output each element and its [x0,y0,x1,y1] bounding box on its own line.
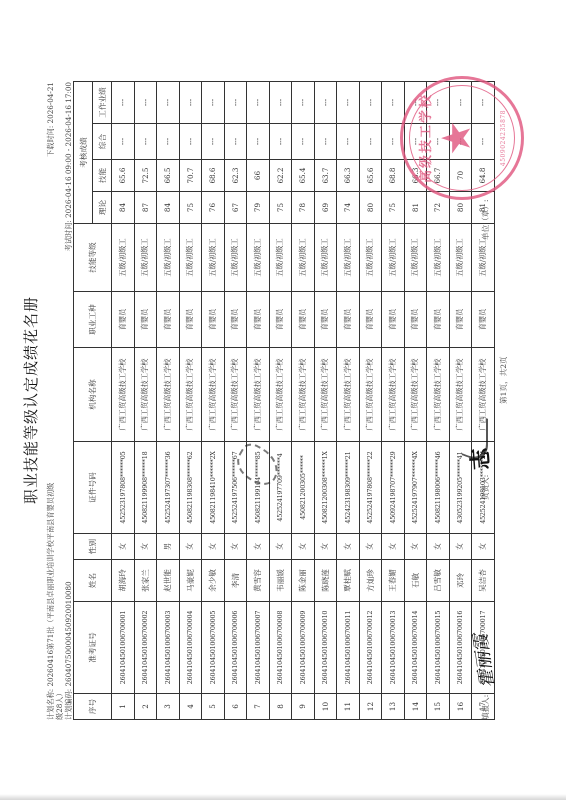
table-row: 62604104501006700006李清女452524197506*****… [224,82,247,720]
header-gender: 性别 [74,534,112,560]
header-work-performance: 工作业绩 [93,82,112,124]
cell-name: 邓玲 [449,560,472,602]
scan-edge-shadow [0,794,566,800]
responsible-label: 负责人: [480,475,491,500]
cell-id-number: 450821198410******2X [202,442,225,534]
cell-gender: 女 [292,534,315,560]
cell-skill: 68.8 [382,160,405,192]
cell-theory: 75 [382,192,405,224]
table-row: 132604104501006700013王春媚女450924198707***… [382,82,405,720]
cell-skill-level: 五级/初级工 [269,224,292,292]
cell-name: 胡海玲 [112,560,135,602]
cell-skill: 66 [247,160,270,192]
cell-occupation: 育婴员 [314,292,337,348]
cell-ticket: 2604104501006700012 [359,602,382,694]
table-row: 52604104501006700005余少敏女450821198410****… [202,82,225,720]
cell-ticket: 2604104501006700009 [292,602,315,694]
cell-theory: 79 [247,192,270,224]
cell-ticket: 2604104501006700013 [382,602,405,694]
cell-name: 覃桂赋 [337,560,360,602]
cell-seq: 2 [134,694,157,720]
cell-occupation: 育婴员 [382,292,405,348]
cell-name: 陈金丽 [292,560,315,602]
cell-skill-level: 五级/初级工 [112,224,135,292]
cell-theory: 69 [314,192,337,224]
cell-gender: 女 [359,534,382,560]
cell-name: 陈晓莲 [314,560,337,602]
cell-theory: 87 [134,192,157,224]
cell-ticket: 2604104501006700002 [134,602,157,694]
cell-institution: 广西工贸高级技工学校 [404,348,427,442]
cell-work-performance: --- [179,82,202,124]
cell-seq: 1 [112,694,135,720]
header-id-number: 证件号码 [74,442,112,534]
header-comprehensive: 综合 [93,124,112,160]
cell-occupation: 育婴员 [157,292,180,348]
download-time: 下载时间: 2026-04-21 [46,82,56,157]
cell-comprehensive: --- [202,124,225,160]
cell-ticket: 2604104501006700010 [314,602,337,694]
table-row: 32604104501006700003赵世能男452524197307****… [157,82,180,720]
seal-code: 4509024235878 [500,79,507,197]
cell-skill: 68.6 [202,160,225,192]
cell-skill: 66.5 [157,160,180,192]
cell-id-number: 452524197808******22 [359,442,382,534]
cell-institution: 广西工贸高级技工学校 [134,348,157,442]
official-seal: 高级技工学校 ★ 4509024235878 [400,76,524,200]
cell-seq: 7 [247,694,270,720]
cell-work-performance: --- [269,82,292,124]
cell-gender: 女 [404,534,427,560]
seal-text: 高级技工学校 [415,79,434,197]
cell-ticket: 2604104501006700004 [179,602,202,694]
cell-gender: 女 [449,534,472,560]
cell-name: 张家兰 [134,560,157,602]
cell-gender: 女 [247,534,270,560]
cell-skill: 70.7 [179,160,202,192]
cell-skill: 65.6 [359,160,382,192]
table-row: 122604104501006700012方灿珍女452524197808***… [359,82,382,720]
page-info: 第1页，共2页 [498,356,509,404]
cell-id-number: 452524197307******36 [157,442,180,534]
cell-ticket: 2604104501006700006 [224,602,247,694]
star-icon: ★ [437,79,477,197]
cell-skill: 65.4 [292,160,315,192]
table-row: 42604104501006700004马豪妮女450821198308****… [179,82,202,720]
cell-skill-level: 五级/初级工 [292,224,315,292]
cell-institution: 广西工贸高级技工学校 [382,348,405,442]
cell-comprehensive: --- [337,124,360,160]
cell-occupation: 育婴员 [472,292,495,348]
cell-institution: 广西工贸高级技工学校 [202,348,225,442]
cell-seq: 9 [292,694,315,720]
cell-skill: 62.3 [224,160,247,192]
table-row: 72604104501006700007黄雪容女450821199104****… [247,82,270,720]
cell-seq: 13 [382,694,405,720]
cell-ticket: 2604104501006700008 [269,602,292,694]
cell-name: 吕雪敏 [427,560,450,602]
cell-seq: 6 [224,694,247,720]
cell-comprehensive: --- [224,124,247,160]
header-scores-group: 考核成绩 [74,82,93,224]
cell-occupation: 育婴员 [359,292,382,348]
cell-skill-level: 五级/初级工 [247,224,270,292]
cell-id-number: 452423198309******21 [337,442,360,534]
cell-occupation: 育婴员 [224,292,247,348]
cell-skill-level: 五级/初级工 [179,224,202,292]
cell-seq: 8 [269,694,292,720]
cell-gender: 女 [472,534,495,560]
filler-label: 填报人: [480,695,491,720]
unit-seal-label: 单位（章）: [480,199,491,240]
cell-id-number: 450821199908******18 [134,442,157,534]
cell-seq: 14 [404,694,427,720]
cell-ticket: 2604104501006700015 [427,602,450,694]
cell-theory: 67 [224,192,247,224]
cell-skill-level: 五级/初级工 [449,224,472,292]
cell-skill-level: 五级/初级工 [314,224,337,292]
cell-skill-level: 五级/初级工 [224,224,247,292]
cell-gender: 男 [157,534,180,560]
cell-institution: 广西工贸高级技工学校 [247,348,270,442]
cell-gender: 女 [314,534,337,560]
header-name: 姓名 [74,560,112,602]
cell-theory: 84 [112,192,135,224]
cell-work-performance: --- [202,82,225,124]
cell-occupation: 育婴员 [179,292,202,348]
cell-name: 韦丽媛 [269,560,292,602]
cell-work-performance: --- [337,82,360,124]
cell-skill: 62.2 [269,160,292,192]
cell-institution: 广西工贸高级技工学校 [112,348,135,442]
cell-institution: 广西工贸高级技工学校 [337,348,360,442]
cell-skill-level: 五级/初级工 [427,224,450,292]
cell-institution: 广西工贸高级技工学校 [269,348,292,442]
cell-skill: 65.6 [112,160,135,192]
cell-skill-level: 五级/初级工 [202,224,225,292]
cell-work-performance: --- [112,82,135,124]
cell-institution: 广西工贸高级技工学校 [224,348,247,442]
cell-ticket: 2604104501006700003 [157,602,180,694]
cell-ticket: 2604104501006700001 [112,602,135,694]
cell-institution: 广西工贸高级技工学校 [292,348,315,442]
cell-seq: 4 [179,694,202,720]
cell-comprehensive: --- [359,124,382,160]
cell-skill-level: 五级/初级工 [404,224,427,292]
cell-work-performance: --- [359,82,382,124]
cell-name: 李清 [224,560,247,602]
cell-institution: 广西工贸高级技工学校 [427,348,450,442]
cell-institution: 广西工贸高级技工学校 [359,348,382,442]
table-row: 112604104501006700011覃桂赋女452423198309***… [337,82,360,720]
roster-document: 职业技能等级认定成绩花名册 计划名称: 20260416第71批（平南县卓丽职业… [0,0,566,800]
header-theory: 理论 [93,192,112,224]
cell-seq: 10 [314,694,337,720]
cell-gender: 女 [337,534,360,560]
cell-comprehensive: --- [247,124,270,160]
cell-seq: 3 [157,694,180,720]
cell-id-number: 450821198006******46 [427,442,450,534]
cell-comprehensive: --- [157,124,180,160]
cell-name: 石敏 [404,560,427,602]
cell-institution: 广西工贸高级技工学校 [157,348,180,442]
cell-name: 吴洁杏 [472,560,495,602]
cell-theory: 78 [292,192,315,224]
cell-comprehensive: --- [314,124,337,160]
cell-occupation: 育婴员 [112,292,135,348]
cell-theory: 76 [202,192,225,224]
cell-work-performance: --- [314,82,337,124]
header-occupation: 职业工种 [74,292,112,348]
header-institution: 机构名称 [74,348,112,442]
cell-occupation: 育婴员 [292,292,315,348]
cell-name: 王春媚 [382,560,405,602]
cell-occupation: 育婴员 [427,292,450,348]
cell-occupation: 育婴员 [269,292,292,348]
cell-id-number: 452524197907******4X [404,442,427,534]
cell-skill-level: 五级/初级工 [382,224,405,292]
cell-seq: 15 [427,694,450,720]
cell-gender: 女 [179,534,202,560]
cell-gender: 女 [112,534,135,560]
cell-id-number: 450821198308******62 [179,442,202,534]
cell-skill-level: 五级/初级工 [359,224,382,292]
cell-occupation: 育婴员 [134,292,157,348]
cell-name: 赵世能 [157,560,180,602]
header-ticket: 准考证号 [74,602,112,694]
table-row: 12604104501006700001胡海玲女452523197808****… [112,82,135,720]
cell-theory: 80 [359,192,382,224]
cell-id-number: 450821200305****** [292,442,315,534]
cell-seq: 11 [337,694,360,720]
table-row: 92604104501006700009陈金丽女450821200305****… [292,82,315,720]
cell-seq: 12 [359,694,382,720]
cell-work-performance: --- [157,82,180,124]
cell-id-number: 452523197808******05 [112,442,135,534]
cell-id-number: 450924198707******29 [382,442,405,534]
scanned-page-frame: 职业技能等级认定成绩花名册 计划名称: 20260416第71批（平南县卓丽职业… [0,0,566,800]
cell-occupation: 育婴员 [202,292,225,348]
header-skill-level: 技能等级 [74,224,112,292]
cell-comprehensive: --- [179,124,202,160]
cell-institution: 广西工贸高级技工学校 [314,348,337,442]
table-row: 22604104501006700002张家兰女450821199908****… [134,82,157,720]
cell-ticket: 2604104501006700011 [337,602,360,694]
plan-name: 计划名称: 20260416第71批（平南县卓丽职业培训学校平南县育婴员初级 [46,483,56,720]
cell-skill: 72.5 [134,160,157,192]
cell-theory: 75 [269,192,292,224]
header-seq: 序号 [74,694,112,720]
cell-gender: 女 [134,534,157,560]
cell-ticket: 2604104501006700005 [202,602,225,694]
cell-gender: 女 [382,534,405,560]
cell-seq: 16 [449,694,472,720]
cell-work-performance: --- [382,82,405,124]
cell-name: 方灿珍 [359,560,382,602]
cell-theory: 84 [157,192,180,224]
cell-comprehensive: --- [112,124,135,160]
cell-work-performance: --- [224,82,247,124]
cell-work-performance: --- [292,82,315,124]
header-skill: 技能 [93,160,112,192]
cell-gender: 女 [224,534,247,560]
cell-comprehensive: --- [292,124,315,160]
cell-id-number: 450821200308******1X [314,442,337,534]
cell-occupation: 育婴员 [449,292,472,348]
cell-skill: 63.7 [314,160,337,192]
cell-work-performance: --- [134,82,157,124]
cell-name: 马豪妮 [179,560,202,602]
cell-skill-level: 五级/初级工 [157,224,180,292]
cell-name: 余少敏 [202,560,225,602]
cell-occupation: 育婴员 [247,292,270,348]
cell-skill-level: 五级/初级工 [134,224,157,292]
cell-skill-level: 五级/初级工 [337,224,360,292]
cell-gender: 女 [269,534,292,560]
cell-institution: 广西工贸高级技工学校 [179,348,202,442]
cell-occupation: 育婴员 [337,292,360,348]
document-title: 职业技能等级认定成绩花名册 [20,0,41,800]
cell-ticket: 2604104501006700014 [404,602,427,694]
cell-theory: 75 [179,192,202,224]
cell-skill: 66.3 [337,160,360,192]
cell-theory: 74 [337,192,360,224]
cell-name: 黄雪容 [247,560,270,602]
cell-gender: 女 [202,534,225,560]
cell-work-performance: --- [247,82,270,124]
cell-gender: 女 [427,534,450,560]
cell-ticket: 2604104501006700007 [247,602,270,694]
cell-seq: 5 [202,694,225,720]
cell-occupation: 育婴员 [404,292,427,348]
cell-comprehensive: --- [134,124,157,160]
table-row: 82604104501006700008韦丽媛女452524197709****… [269,82,292,720]
table-row: 102604104501006700010陈晓莲女450821200308***… [314,82,337,720]
cell-comprehensive: --- [269,124,292,160]
